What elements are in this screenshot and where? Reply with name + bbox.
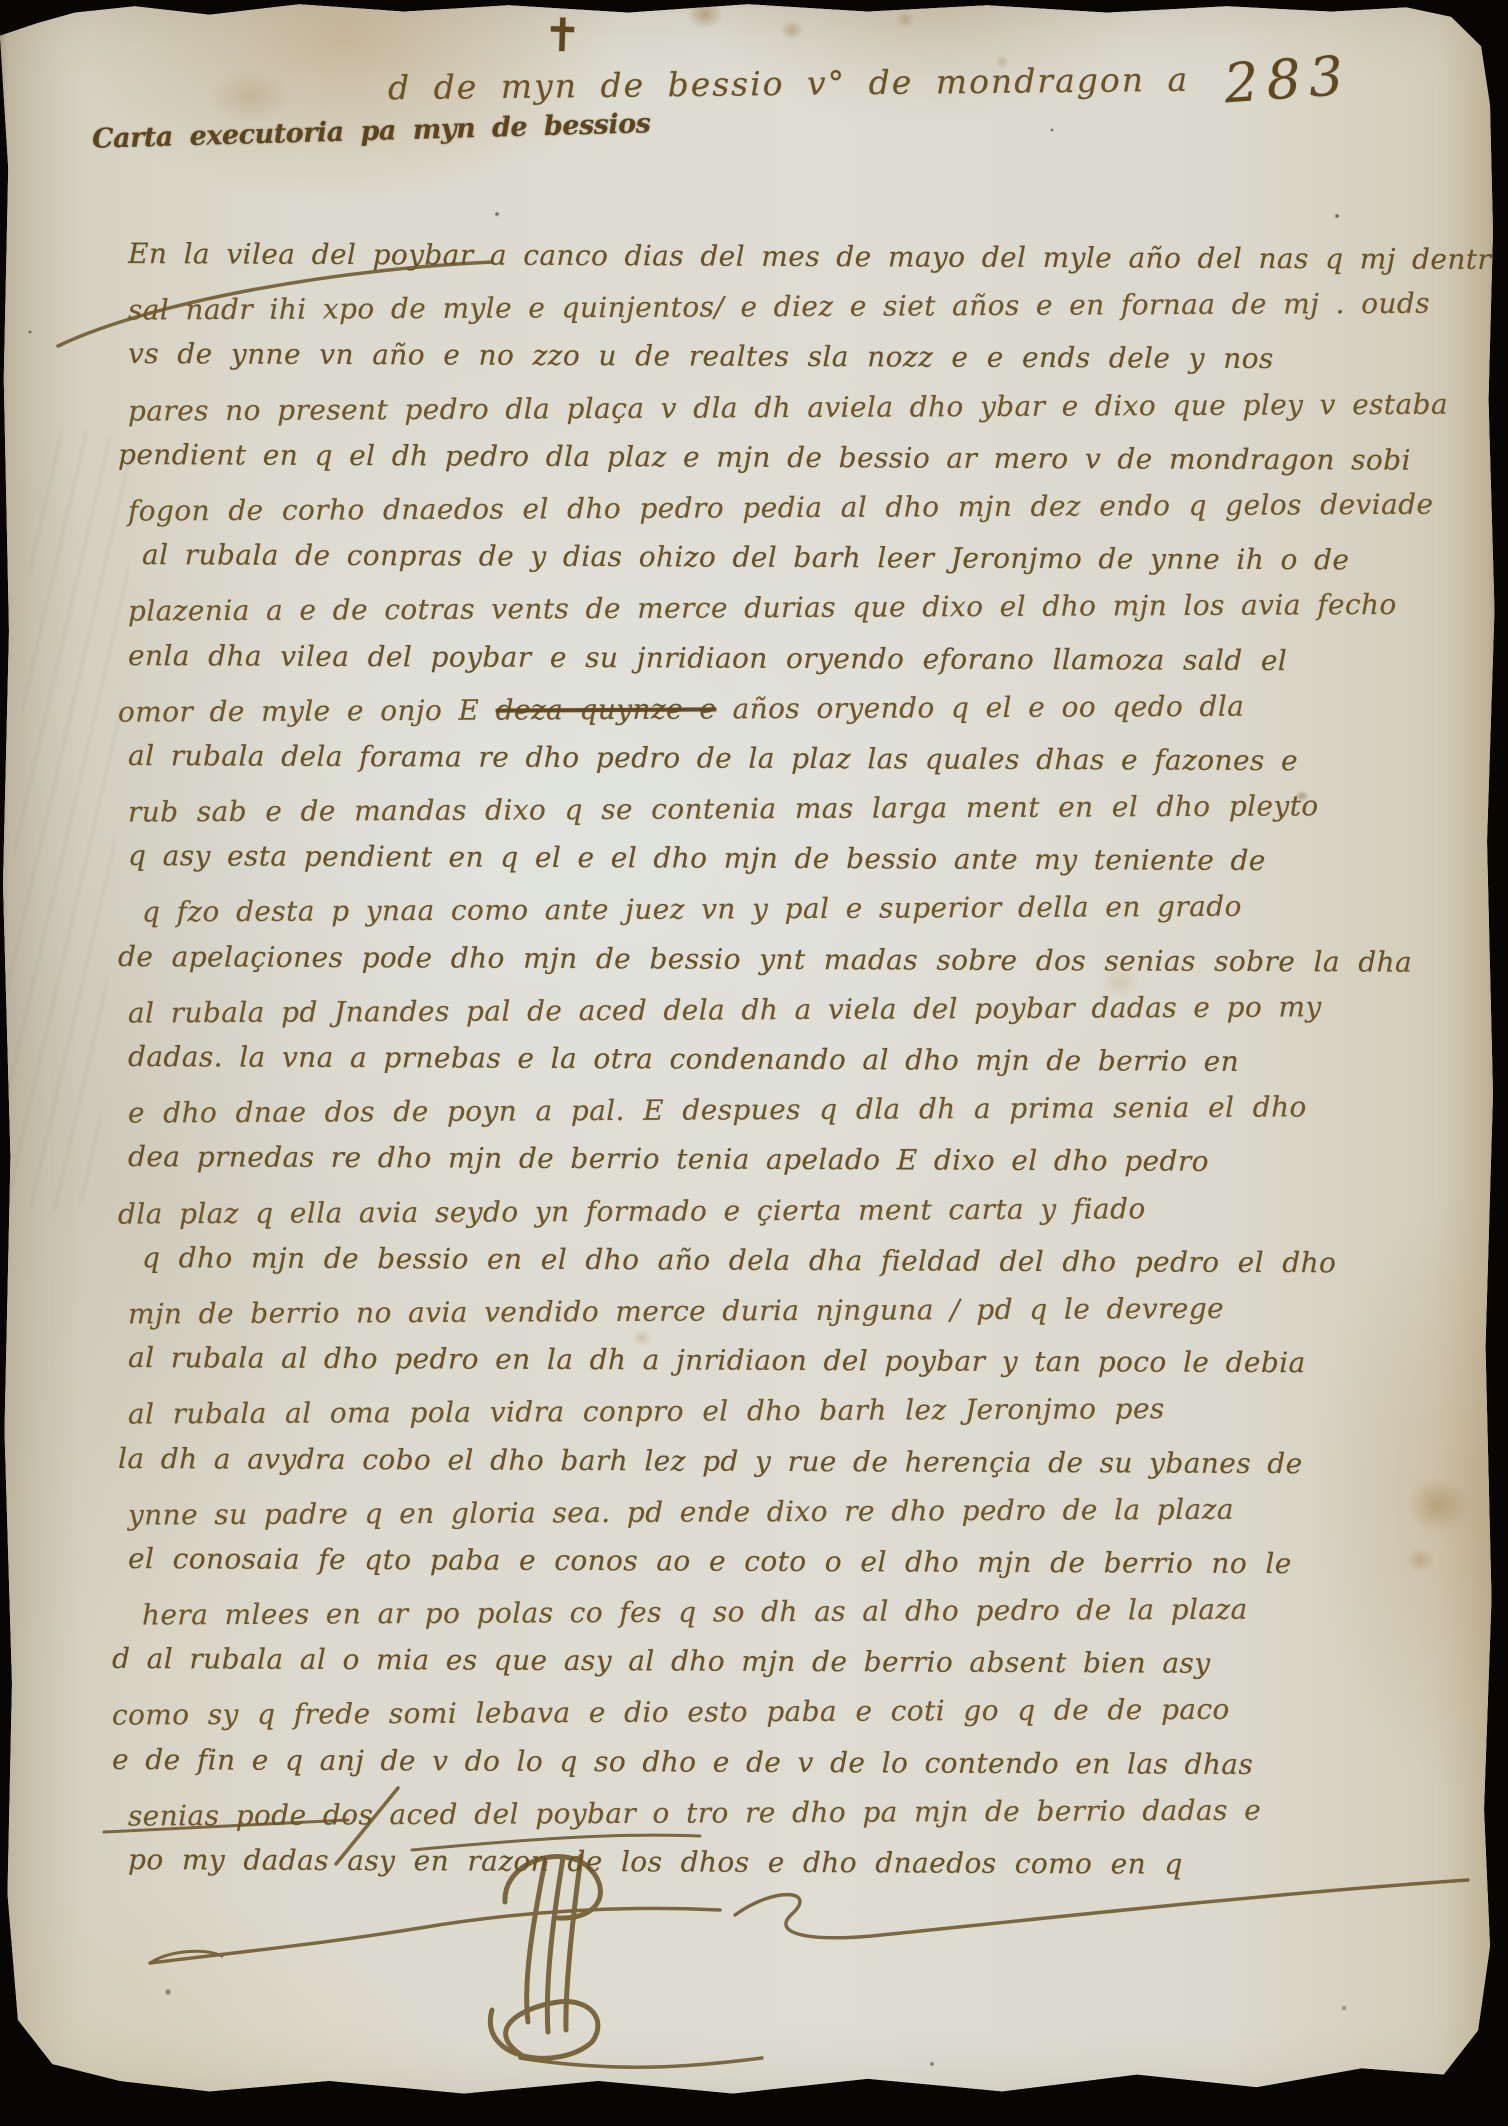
crossed-out-text: deza quynze e (496, 692, 717, 726)
manuscript-line: al rubala pd Jnandes pal de aced dela dh… (128, 989, 1480, 1046)
manuscript-line: fogon de corho dnaedos el dho pedro pedi… (128, 487, 1480, 544)
folio-number: 283 (1222, 44, 1353, 116)
manuscript-line: al rubala al dho pedro en la dh a jnridi… (128, 1341, 1480, 1397)
manuscript-line: de apelaçiones pode dho mjn de bessio yn… (118, 940, 1480, 996)
manuscript-line: la dh a avydra cobo el dho barh lez pd y… (118, 1442, 1480, 1498)
manuscript-line: rub sab e de mandas dixo q se contenia m… (128, 789, 1480, 846)
manuscript-line: pares no present pedro dla plaça v dla d… (128, 387, 1480, 444)
manuscript-line: sal nadr ihi xpo de myle e quinjentos/ e… (128, 287, 1480, 344)
manuscript-line: enla dha vilea del poybar e su jnridiaon… (128, 639, 1480, 695)
manuscript-line: po my dadas asy en razon de los dhos e d… (128, 1843, 1480, 1899)
closing-line-stroke (150, 1951, 222, 1963)
manuscript-line: senias pode dos aced del poybar o tro re… (128, 1792, 1480, 1849)
manuscript-line: como sy q frede somi lebava e dio esto p… (112, 1692, 1480, 1749)
manuscript-page: ✝ d de myn de bessio v° de mondragon a 2… (0, 0, 1496, 2104)
manuscript-line: omor de myle e onjo E deza quynze e años… (118, 688, 1480, 745)
manuscript-line: q asy esta pendient en q el e el dho mjn… (128, 839, 1480, 895)
body-lines: En la vilea del poybar a canco dias del … (128, 240, 1480, 1896)
page-header: d de myn de bessio v° de mondragon a (388, 60, 1190, 107)
manuscript-line: q fzo desta p ynaa como ante juez vn y p… (142, 889, 1480, 946)
manuscript-line: al rubala dela forama re dho pedro de la… (128, 739, 1480, 795)
verso-show-through (0, 428, 136, 1212)
manuscript-line: pendient en q el dh pedro dla plaz e mjn… (118, 438, 1480, 494)
manuscript-line: q dho mjn de bessio en el dho año dela d… (142, 1241, 1480, 1297)
manuscript-line: En la vilea del poybar a canco dias del … (128, 237, 1480, 293)
manuscript-line: dea prnedas re dho mjn de berrio tenia a… (128, 1140, 1480, 1196)
cross-mark-icon: ✝ (542, 7, 582, 62)
manuscript-line: al rubala de conpras de y dias ohizo del… (142, 538, 1480, 594)
manuscript-line: d al rubala al o mia es que asy al dho m… (112, 1642, 1480, 1698)
manuscript-line: ynne su padre q en gloria sea. pd ende d… (128, 1491, 1480, 1548)
manuscript-line: al rubala al oma pola vidra conpro el dh… (128, 1391, 1480, 1448)
manuscript-line: hera mlees en ar po polas co fes q so dh… (142, 1592, 1480, 1649)
document-title: Carta executoria pa myn de bessios (92, 108, 651, 155)
closing-line-stroke (150, 1908, 720, 1963)
manuscript-line: e de fin e q anj de v do lo q so dho e d… (112, 1743, 1480, 1799)
manuscript-line: plazenia a e de cotras vents de merce du… (128, 588, 1480, 645)
manuscript-line: e dho dnae dos de poyn a pal. E despues … (128, 1090, 1480, 1147)
manuscript-line: dla plaz q ella avia seydo yn formado e … (118, 1190, 1480, 1247)
manuscript-scan: ✝ d de myn de bessio v° de mondragon a 2… (0, 0, 1508, 2126)
manuscript-line: mjn de berrio no avia vendido merce duri… (128, 1290, 1480, 1347)
manuscript-line: vs de ynne vn año e no zzo u de realtes … (128, 337, 1480, 393)
manuscript-line: dadas. la vna a prnebas e la otra conden… (128, 1040, 1480, 1096)
manuscript-line: el conosaia fe qto paba e conos ao e cot… (128, 1542, 1480, 1598)
